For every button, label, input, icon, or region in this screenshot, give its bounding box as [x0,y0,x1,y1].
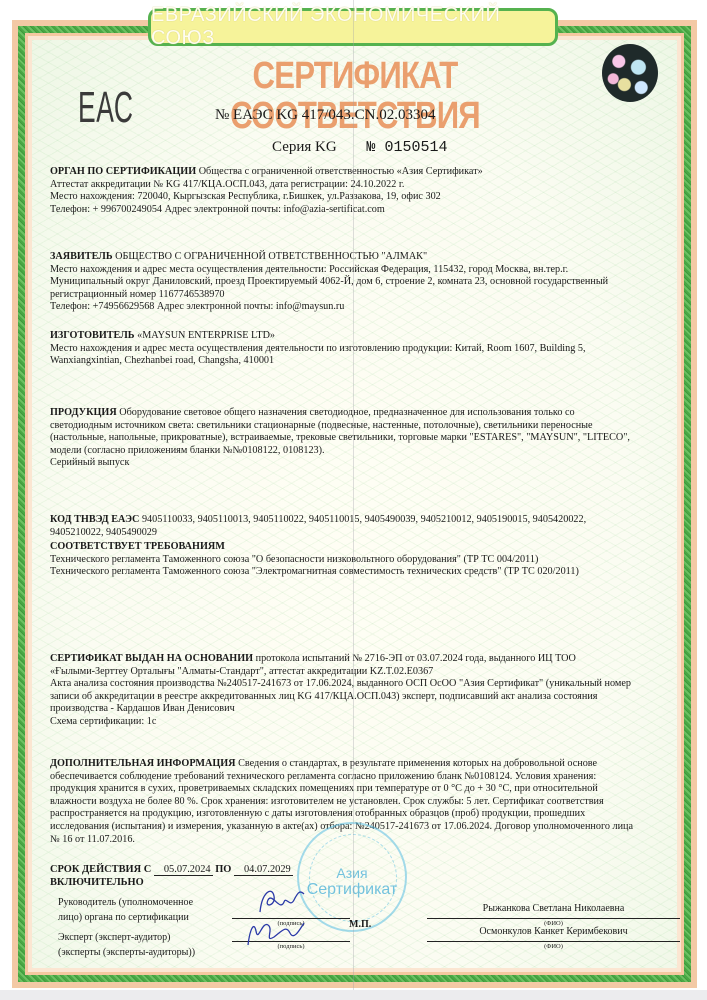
product-section: ПРОДУКЦИЯ Оборудование световое общего н… [50,407,670,470]
certificate-number: № ЕАЭС KG 417/043.CN.02.03304 [215,107,436,124]
text-line: Сведения о стандартах, в результате прим… [238,758,597,769]
text-line: 9405210022, 9405490029 [50,527,670,540]
hologram-icon [602,44,658,102]
expert-role-label: Эксперт (эксперт-аудитор) (эксперты (экс… [58,930,195,960]
text-line: Муниципальный округ Даниловский, проезд … [50,276,670,289]
text-line: Wanxiangxintian, Chezhanbei road, Changs… [50,355,670,368]
text-line: Место нахождения и адрес места осуществл… [50,264,670,277]
basis-heading: СЕРТИФИКАТ ВЫДАН НА ОСНОВАНИИ [50,653,253,664]
text-line: Технического регламента Таможенного союз… [50,566,670,579]
text-line: Телефон: +74956629568 Адрес электронной … [50,301,670,314]
validity-to-label: ПО [215,864,231,875]
certification-body-heading: ОРГАН ПО СЕРТИФИКАЦИИ [50,166,196,177]
text-line: 9405110033, 9405110013, 9405110022, 9405… [142,514,586,525]
text-line: регистрационный номер 1167746538970 [50,289,670,302]
text-line: (настольные, напольные, прикроватные), в… [50,432,670,445]
text-line: Место нахождения и адрес места осуществл… [50,343,670,356]
compliance-heading: СООТВЕТСТВУЕТ ТРЕБОВАНИЯМ [50,541,225,552]
product-heading: ПРОДУКЦИЯ [50,407,117,418]
head-name: Рыжанкова Светлана Николаевна [427,903,680,914]
applicant-section: ЗАЯВИТЕЛЬ ОБЩЕСТВО С ОГРАНИЧЕННОЙ ОТВЕТС… [50,251,670,314]
applicant-name: ОБЩЕСТВО С ОГРАНИЧЕННОЙ ОТВЕТСТВЕННОСТЬЮ… [115,251,427,262]
text-line: записи об аккредитации в реестре аккреди… [50,691,670,704]
text-line: продукция хранится в сухих, проветриваем… [50,783,670,796]
text-line: Телефон: + 996700249054 Адрес электронно… [50,204,670,217]
text-line: Акта анализа состояния производства №240… [50,678,670,691]
expert-signature-icon [240,915,310,951]
text-line: Серийный выпуск [50,457,670,470]
codes-heading: КОД ТНВЭД ЕАЭС [50,514,139,525]
text-line: Технического регламента Таможенного союз… [50,554,670,567]
expert-name-line [427,941,680,942]
text-line: влажности воздуха не более 80 %. Срок хр… [50,796,670,809]
basis-section: СЕРТИФИКАТ ВЫДАН НА ОСНОВАНИИ протокола … [50,653,670,729]
text-line: «Ғылыми-Зерттеу Орталығы "Алматы-Стандар… [50,666,670,679]
text-line: производства - Кардашов Иван Денисович [50,703,670,716]
series-line: Серия KG № 0150514 [272,139,447,156]
head-role-label: Руководитель (уполномоченное лицо) орган… [58,895,193,925]
certificate-title: СЕРТИФИКАТ СООТВЕТСТВИЯ [203,56,506,136]
text-line: Оборудование световое общего назначения … [119,407,574,418]
applicant-heading: ЗАЯВИТЕЛЬ [50,251,113,262]
text-line: модели (согласно приложениям бланки №№01… [50,445,670,458]
additional-heading: ДОПОЛНИТЕЛЬНАЯ ИНФОРМАЦИЯ [50,758,236,769]
validity-from-label: СРОК ДЕЙСТВИЯ С [50,864,151,875]
text-line: Аттестат аккредитации № KG 417/КЦА.ОСП.0… [50,179,670,192]
text-line: протокола испытаний № 2716-ЭП от 03.07.2… [256,653,576,664]
certification-body-name: Общества с ограниченной ответственностью… [199,166,483,177]
head-name-line [427,918,680,919]
certification-body-section: ОРГАН ПО СЕРТИФИКАЦИИ Общества с огранич… [50,166,670,216]
name-caption: (ФИО) [427,943,680,950]
form-number: № 0150514 [366,139,447,156]
manufacturer-heading: ИЗГОТОВИТЕЛЬ [50,330,135,341]
series-label: Серия KG [272,139,337,155]
seal-stamp-icon: Азия Сертификат [297,822,407,932]
manufacturer-name: «MAYSUN ENTERPRISE LTD» [137,330,275,341]
manufacturer-section: ИЗГОТОВИТЕЛЬ «MAYSUN ENTERPRISE LTD» Мес… [50,330,670,368]
scan-edge [0,990,707,1000]
text-line: распространяется на продукцию, изготовле… [50,808,670,821]
text-line: Место нахождения: 720040, Кыргызская Рес… [50,191,670,204]
validity-date-from: 05.07.2024 [154,864,213,876]
expert-name: Осмонкулов Канкет Керимбекович [427,926,680,937]
validity-date-to: 04.07.2029 [234,864,293,876]
scan-fold-line [353,0,354,1000]
text-line: Схема сертификации: 1с [50,716,670,729]
eac-mark-icon: ЕАС [78,84,134,132]
text-line: светодиодным источником света: светильни… [50,420,670,433]
text-line: обеспечивается соблюдение требований тех… [50,771,670,784]
codes-section: КОД ТНВЭД ЕАЭС 9405110033, 9405110013, 9… [50,514,670,579]
